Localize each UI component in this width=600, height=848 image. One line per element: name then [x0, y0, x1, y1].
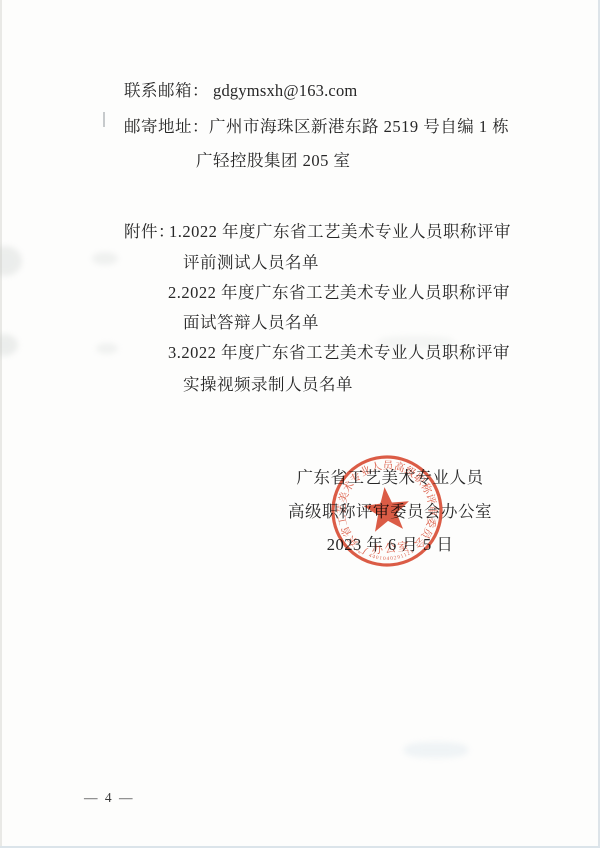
- document-page: 联系邮箱：gdgymsxh@163.com 邮寄地址：广州市海珠区新港东路 25…: [0, 0, 600, 848]
- scan-artifact: [92, 252, 118, 265]
- attachments-label: 附件：: [124, 224, 175, 241]
- attachment-item-title: 3.2022 年度广东省工艺美术专业人员职称评审: [168, 345, 510, 362]
- attachment-item-title: 1.2022 年度广东省工艺美术专业人员职称评审: [169, 224, 511, 241]
- scan-artifact: [404, 742, 468, 758]
- scan-artifact: [0, 246, 22, 276]
- attachment-item-title: 2.2022 年度广东省工艺美术专业人员职称评审: [168, 285, 510, 302]
- contact-address-line1: 广州市海珠区新港东路 2519 号自编 1 栋: [209, 117, 509, 136]
- official-seal: 广东省工艺美术专业人员高级职称评审委员会 办公室 4401040291121: [317, 441, 457, 581]
- attachment-item-subtitle: 实操视频录制人员名单: [183, 377, 353, 394]
- seal-star-icon: [362, 485, 412, 533]
- scan-artifact-tick: [103, 112, 105, 127]
- contact-email-row: 联系邮箱：gdgymsxh@163.com: [124, 83, 357, 100]
- contact-email-value: gdgymsxh@163.com: [213, 81, 357, 100]
- contact-address-row: 邮寄地址：广州市海珠区新港东路 2519 号自编 1 栋: [124, 119, 509, 136]
- attachment-item-subtitle: 评前测试人员名单: [183, 255, 319, 272]
- page-number: — 4 —: [84, 790, 135, 806]
- attachment-item-subtitle: 面试答辩人员名单: [183, 315, 319, 332]
- contact-address-line2: 广轻控股集团 205 室: [196, 153, 351, 170]
- scan-edge-left: [0, 0, 2, 848]
- contact-address-label: 邮寄地址：: [124, 117, 209, 136]
- scan-artifact: [96, 343, 118, 354]
- scan-artifact: [0, 334, 18, 356]
- contact-email-label: 联系邮箱：: [124, 81, 209, 100]
